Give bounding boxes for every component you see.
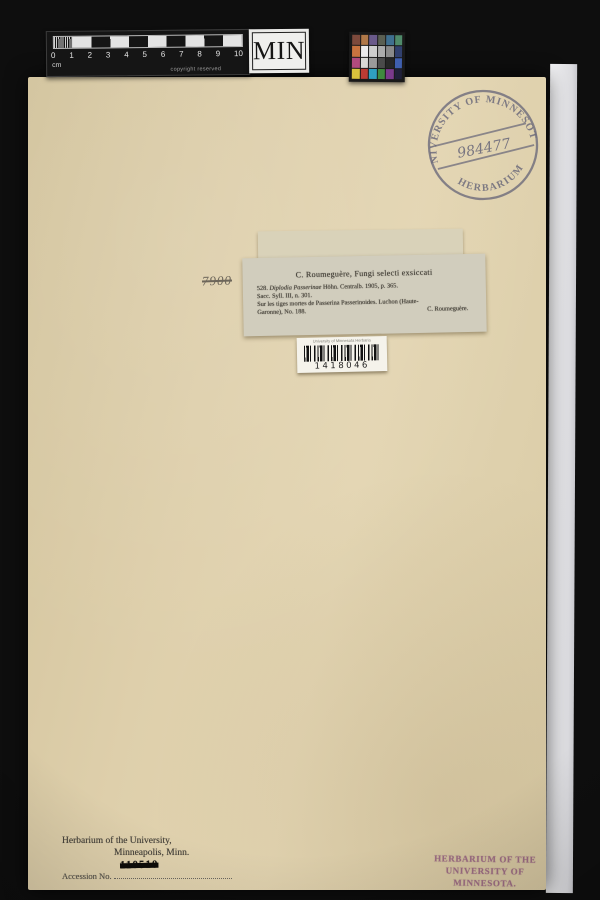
label-locality: Garonne), No. 188. <box>257 308 306 317</box>
exsiccata-series-title: C. Roumeguère, Fungi selecti exsiccati <box>251 267 478 280</box>
color-patch <box>352 57 360 67</box>
footer-stamp-line-2: UNIVERSITY OF MINNESOTA. <box>420 864 550 890</box>
accession-scribbled-number: 110510 <box>120 859 159 872</box>
ruler-tick-label: 6 <box>161 50 166 59</box>
label-collector-signature: C. Roumeguère. <box>427 305 468 314</box>
color-patch <box>377 58 385 68</box>
color-patch <box>378 46 386 56</box>
color-patch <box>369 69 377 79</box>
color-patch <box>352 46 360 56</box>
color-card-grid <box>349 32 406 83</box>
barcode-bars <box>304 344 380 362</box>
barcode-number: 1418046 <box>297 360 387 372</box>
specimen-label: C. Roumeguère, Fungi selecti exsiccati 5… <box>242 254 486 337</box>
institution-code-text: MIN <box>252 32 306 70</box>
scale-bar: 012345678910 cm copyright reserved <box>46 29 250 77</box>
footer-printed-line-2: Minneapolis, Minn. <box>114 847 272 859</box>
color-patch <box>378 35 386 45</box>
color-patch <box>369 35 377 45</box>
ruler-tick-label: 7 <box>179 50 184 59</box>
ruler-ticks: 012345678910 <box>51 49 243 60</box>
scale-bar-checker <box>53 34 243 49</box>
ruler-tick-label: 1 <box>69 51 74 60</box>
footer-printed-line-1: Herbarium of the University, <box>62 835 272 847</box>
ruler-tick-label: 0 <box>51 51 56 60</box>
accession-footer: Herbarium of the University, Minneapolis… <box>62 835 272 882</box>
color-patch <box>386 35 394 45</box>
color-patch <box>395 35 403 45</box>
ruler-tick-label: 10 <box>234 49 243 58</box>
color-patch <box>352 68 360 78</box>
color-patch <box>386 58 394 68</box>
color-patch <box>377 69 385 79</box>
accession-label: Accession No. <box>62 871 112 881</box>
ruler-tick-label: 3 <box>106 50 111 59</box>
accession-dotted-line <box>114 871 232 879</box>
footer-herbarium-stamp: HERBARIUM OF THE UNIVERSITY OF MINNESOTA… <box>420 852 550 890</box>
label-taxon-name: Diplodia Passerinae <box>269 284 321 292</box>
color-patch <box>394 58 402 68</box>
color-patch <box>369 46 377 56</box>
label-collection-number: 528. <box>257 285 268 292</box>
color-patch <box>394 69 402 79</box>
ruler-tick-label: 5 <box>142 50 147 59</box>
color-patch <box>369 57 377 67</box>
color-patch <box>360 69 368 79</box>
ruler-tick-label: 2 <box>88 51 93 60</box>
ruler-tick-label: 8 <box>197 49 202 58</box>
ruler-tick-label: 9 <box>216 49 221 58</box>
institution-code-label: MIN <box>249 29 309 74</box>
color-patch <box>386 46 394 56</box>
footer-stamp-line-1: HERBARIUM OF THE <box>420 852 550 866</box>
color-patch <box>360 57 368 67</box>
copyright-text: copyright reserved <box>170 66 221 73</box>
color-patch <box>361 35 369 45</box>
label-citation: Höhn. Centralb. 1905, p. 365. <box>323 282 398 290</box>
ruler-unit-label: cm <box>52 62 61 69</box>
color-patch <box>386 69 394 79</box>
ruler-tick-label: 4 <box>124 50 129 59</box>
barcode-label: University of Minnesota Herbaria 1418046 <box>297 336 388 373</box>
color-patch <box>395 46 403 56</box>
color-patch <box>352 35 360 45</box>
crossed-out-number: 7900 <box>202 272 233 289</box>
color-patch <box>361 46 369 56</box>
